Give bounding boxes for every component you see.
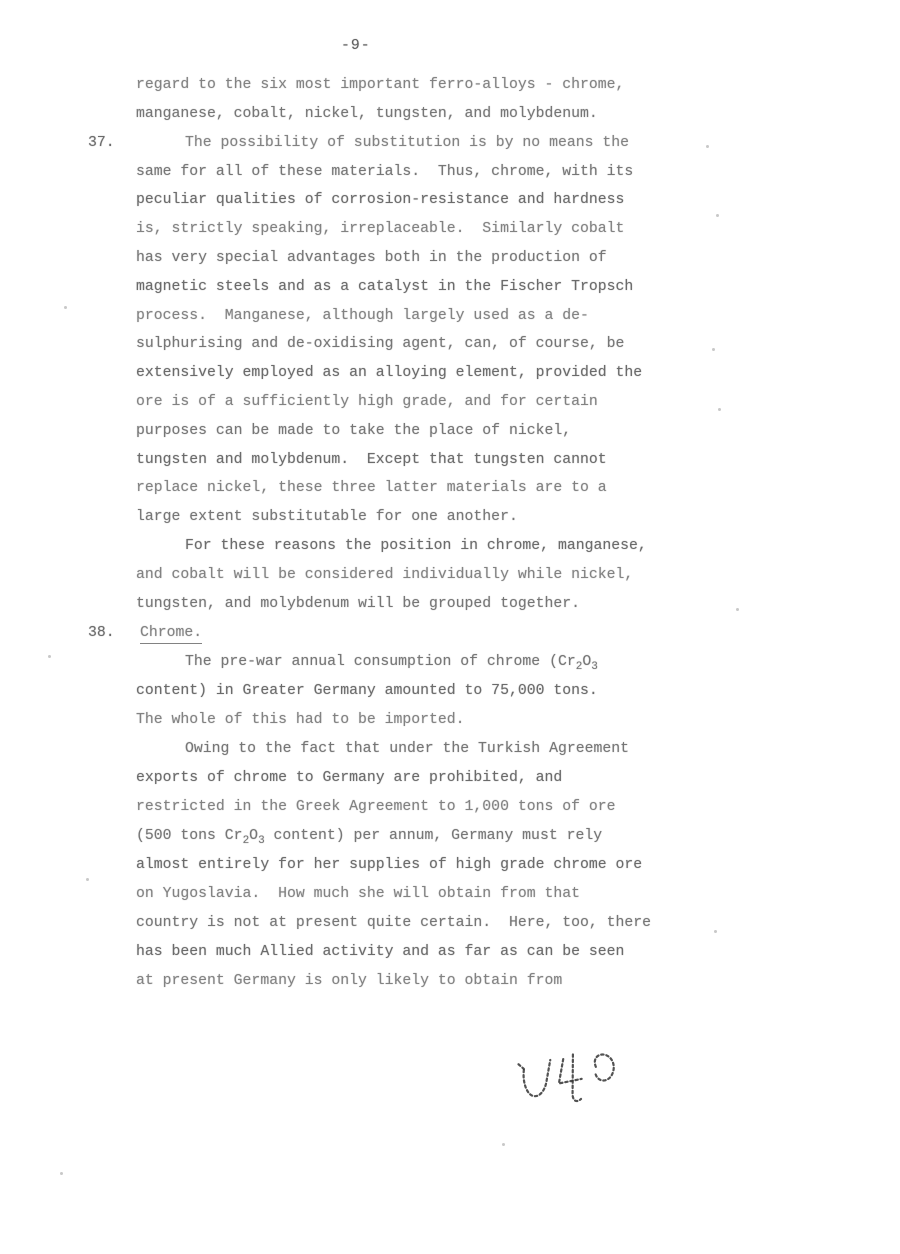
text-line: 38. <box>88 624 115 642</box>
scan-noise-speck <box>64 306 67 309</box>
text-line: process. Manganese, although largely use… <box>136 307 589 325</box>
text-line: has been much Allied activity and as far… <box>136 943 624 961</box>
text-line: For these reasons the position in chrome… <box>185 537 647 555</box>
scan-noise-speck <box>714 930 717 933</box>
scan-noise-speck <box>48 655 51 658</box>
text-line: 37. <box>88 134 115 152</box>
text-line: peculiar qualities of corrosion-resistan… <box>136 191 624 209</box>
text-line: The whole of this had to be imported. <box>136 711 465 729</box>
text-line: regard to the six most important ferro-a… <box>136 76 624 94</box>
handwritten-mark <box>512 1040 647 1129</box>
text-line: almost entirely for her supplies of high… <box>136 856 642 874</box>
text-line: replace nickel, these three latter mater… <box>136 479 607 497</box>
text-line: and cobalt will be considered individual… <box>136 566 633 584</box>
text-line: purposes can be made to take the place o… <box>136 422 571 440</box>
text-line: Owing to the fact that under the Turkish… <box>185 740 629 758</box>
text-line: content) in Greater Germany amounted to … <box>136 682 598 700</box>
scan-noise-speck <box>712 348 715 351</box>
scan-noise-speck <box>502 1143 505 1146</box>
text-line: (500 tons Cr2O3 content) per annum, Germ… <box>136 827 602 845</box>
scan-noise-speck <box>706 145 709 148</box>
text-line: tungsten, and molybdenum will be grouped… <box>136 595 580 613</box>
scan-noise-speck <box>60 1172 63 1175</box>
scan-noise-speck <box>716 214 719 217</box>
text-line: The pre-war annual consumption of chrome… <box>185 653 598 671</box>
text-line: sulphurising and de-oxidising agent, can… <box>136 335 624 353</box>
text-line: large extent substitutable for one anoth… <box>136 508 518 526</box>
text-line: The possibility of substitution is by no… <box>185 134 629 152</box>
text-line: on Yugoslavia. How much she will obtain … <box>136 885 580 903</box>
scanned-document-page: -9- regard to the six most important fer… <box>0 0 900 1254</box>
text-line: exports of chrome to Germany are prohibi… <box>136 769 562 787</box>
text-line: Chrome. <box>140 624 202 644</box>
text-line: manganese, cobalt, nickel, tungsten, and… <box>136 105 598 123</box>
text-line: ore is of a sufficiently high grade, and… <box>136 393 598 411</box>
scan-noise-speck <box>86 878 89 881</box>
text-line: at present Germany is only likely to obt… <box>136 972 562 990</box>
text-line: same for all of these materials. Thus, c… <box>136 163 633 181</box>
text-line: restricted in the Greek Agreement to 1,0… <box>136 798 616 816</box>
text-line: country is not at present quite certain.… <box>136 914 651 932</box>
text-line: magnetic steels and as a catalyst in the… <box>136 278 633 296</box>
page-number: -9- <box>341 38 371 54</box>
scan-noise-speck <box>718 408 721 411</box>
text-line: has very special advantages both in the … <box>136 249 607 267</box>
text-line: extensively employed as an alloying elem… <box>136 364 642 382</box>
text-line: is, strictly speaking, irreplaceable. Si… <box>136 220 624 238</box>
scan-noise-speck <box>736 608 739 611</box>
text-line: tungsten and molybdenum. Except that tun… <box>136 451 607 469</box>
